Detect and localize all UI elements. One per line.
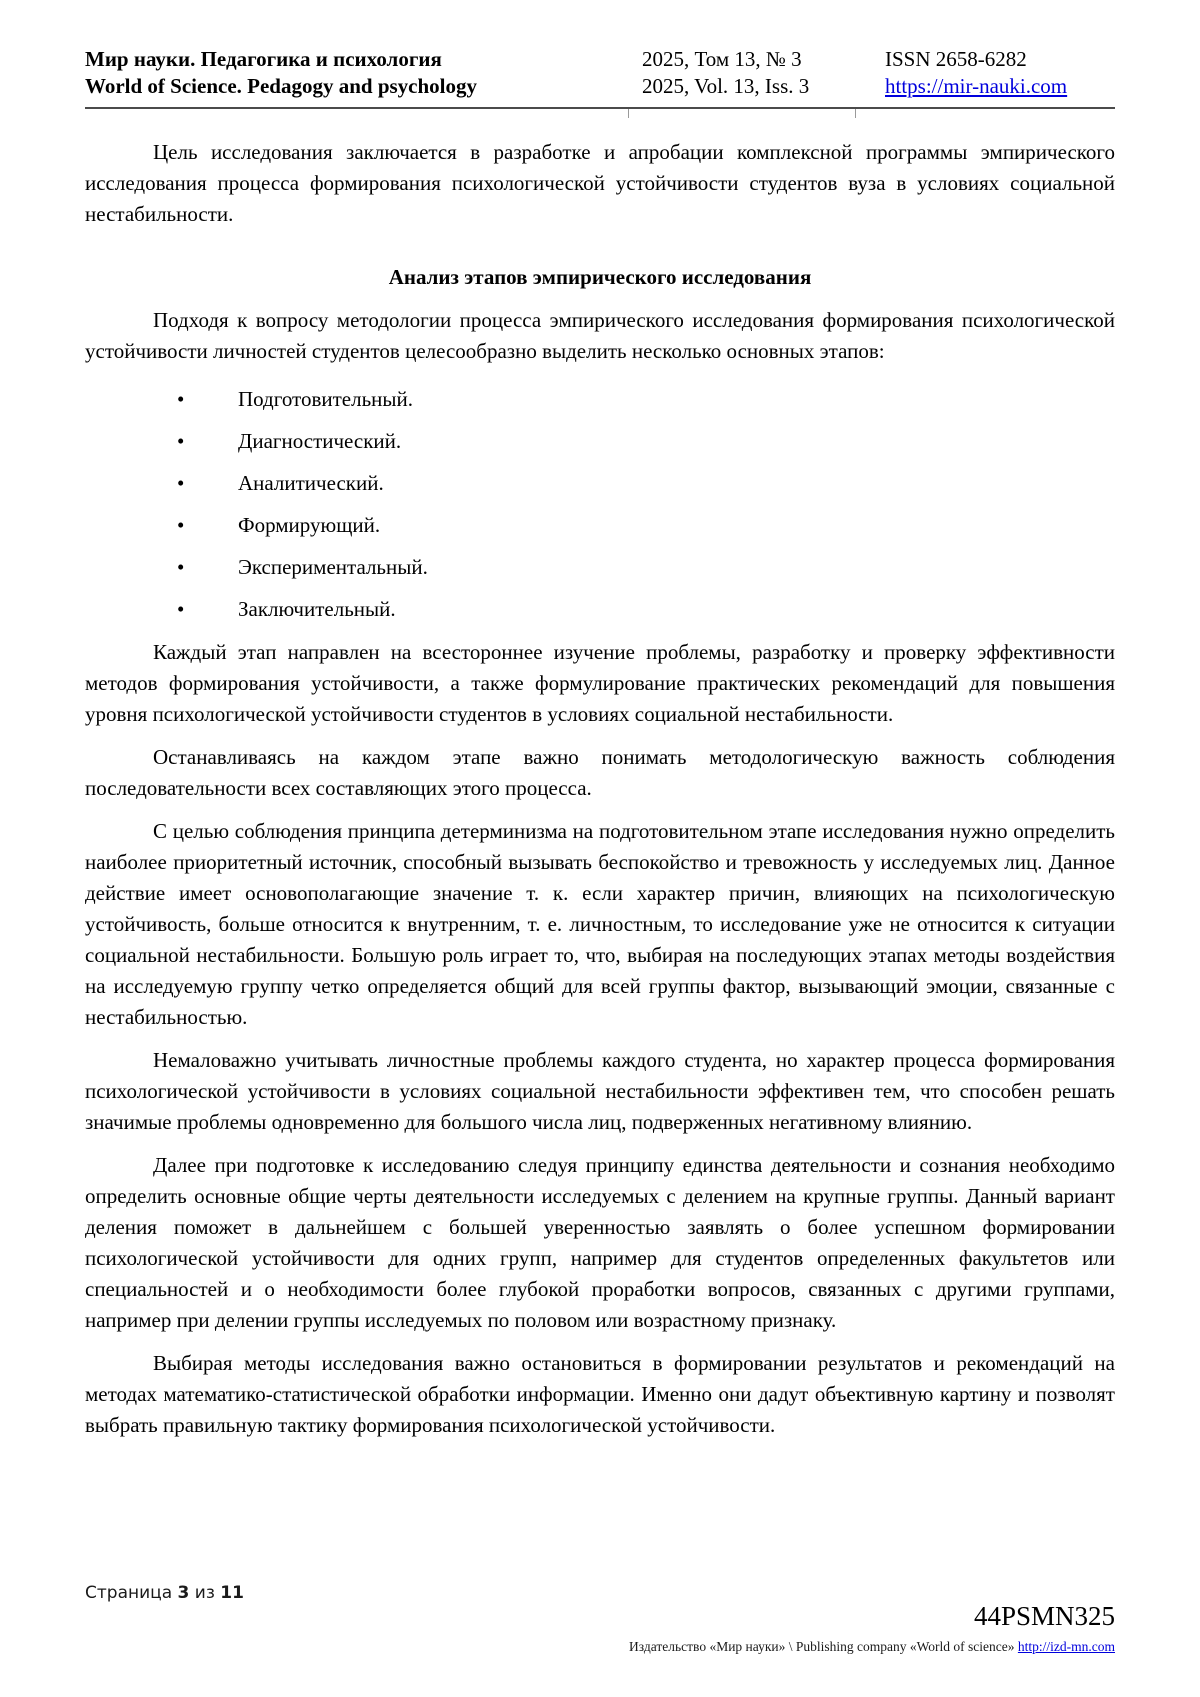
journal-title-en: World of Science. Pedagogy and psycholog… — [85, 73, 628, 100]
paragraph-personal: Немаловажно учитывать личностные проблем… — [85, 1045, 1115, 1138]
journal-title-ru: Мир науки. Педагогика и психология — [85, 46, 628, 73]
journal-title-block: Мир науки. Педагогика и психология World… — [85, 46, 628, 100]
paragraph-determinism: С целью соблюдения принципа детерминизма… — [85, 816, 1115, 1033]
publisher-line: Издательство «Мир науки» \ Publishing co… — [629, 1639, 1115, 1655]
paragraph-groups: Далее при подготовке к исследованию след… — [85, 1150, 1115, 1336]
list-item: • Диагностический. — [85, 426, 1115, 457]
page-number: 3 — [178, 1583, 190, 1603]
publisher-site-link[interactable]: http://izd-mn.com — [1018, 1639, 1115, 1654]
bullet-icon: • — [177, 468, 184, 499]
page-indicator: Страница 3 из 11 — [85, 1583, 244, 1603]
issn-number: ISSN 2658-6282 — [885, 46, 1115, 73]
of-label: из — [195, 1583, 215, 1603]
header-column-divider — [855, 109, 856, 118]
article-id: 44PSMN325 — [974, 1601, 1115, 1632]
issn-block: ISSN 2658-6282 https://mir-nauki.com — [855, 46, 1115, 100]
list-item: • Заключительный. — [85, 594, 1115, 625]
paragraph-methods: Выбирая методы исследования важно остано… — [85, 1348, 1115, 1441]
stage-label: Экспериментальный. — [238, 555, 428, 579]
article-body: Цель исследования заключается в разработ… — [85, 137, 1115, 1441]
list-item: • Подготовительный. — [85, 384, 1115, 415]
publisher-text: Издательство «Мир науки» \ Publishing co… — [629, 1639, 1018, 1654]
journal-site-link[interactable]: https://mir-nauki.com — [885, 74, 1067, 98]
paragraph-intro: Подходя к вопросу методологии процесса э… — [85, 305, 1115, 367]
stage-label: Аналитический. — [238, 471, 384, 495]
list-item: • Аналитический. — [85, 468, 1115, 499]
bullet-icon: • — [177, 426, 184, 457]
stages-list: • Подготовительный. • Диагностический. •… — [85, 384, 1115, 625]
bullet-icon: • — [177, 594, 184, 625]
paragraph-sequence: Останавливаясь на каждом этапе важно пон… — [85, 742, 1115, 804]
total-pages: 11 — [220, 1583, 244, 1603]
stage-label: Формирующий. — [238, 513, 380, 537]
header-column-divider — [628, 109, 629, 118]
bullet-icon: • — [177, 384, 184, 415]
issue-info-ru: 2025, Том 13, № 3 — [642, 46, 855, 73]
stage-label: Диагностический. — [238, 429, 401, 453]
paragraph-each-stage: Каждый этап направлен на всестороннее из… — [85, 637, 1115, 730]
stage-label: Подготовительный. — [238, 387, 413, 411]
section-title: Анализ этапов эмпирического исследования — [85, 262, 1115, 293]
document-page: Мир науки. Педагогика и психология World… — [0, 0, 1200, 1697]
paragraph-goal: Цель исследования заключается в разработ… — [85, 137, 1115, 230]
page-label: Страница — [85, 1583, 172, 1603]
issue-info-en: 2025, Vol. 13, Iss. 3 — [642, 73, 855, 100]
journal-header: Мир науки. Педагогика и психология World… — [85, 0, 1115, 109]
bullet-icon: • — [177, 510, 184, 541]
issue-info-block: 2025, Том 13, № 3 2025, Vol. 13, Iss. 3 — [628, 46, 855, 100]
list-item: • Формирующий. — [85, 510, 1115, 541]
stage-label: Заключительный. — [238, 597, 396, 621]
list-item: • Экспериментальный. — [85, 552, 1115, 583]
bullet-icon: • — [177, 552, 184, 583]
